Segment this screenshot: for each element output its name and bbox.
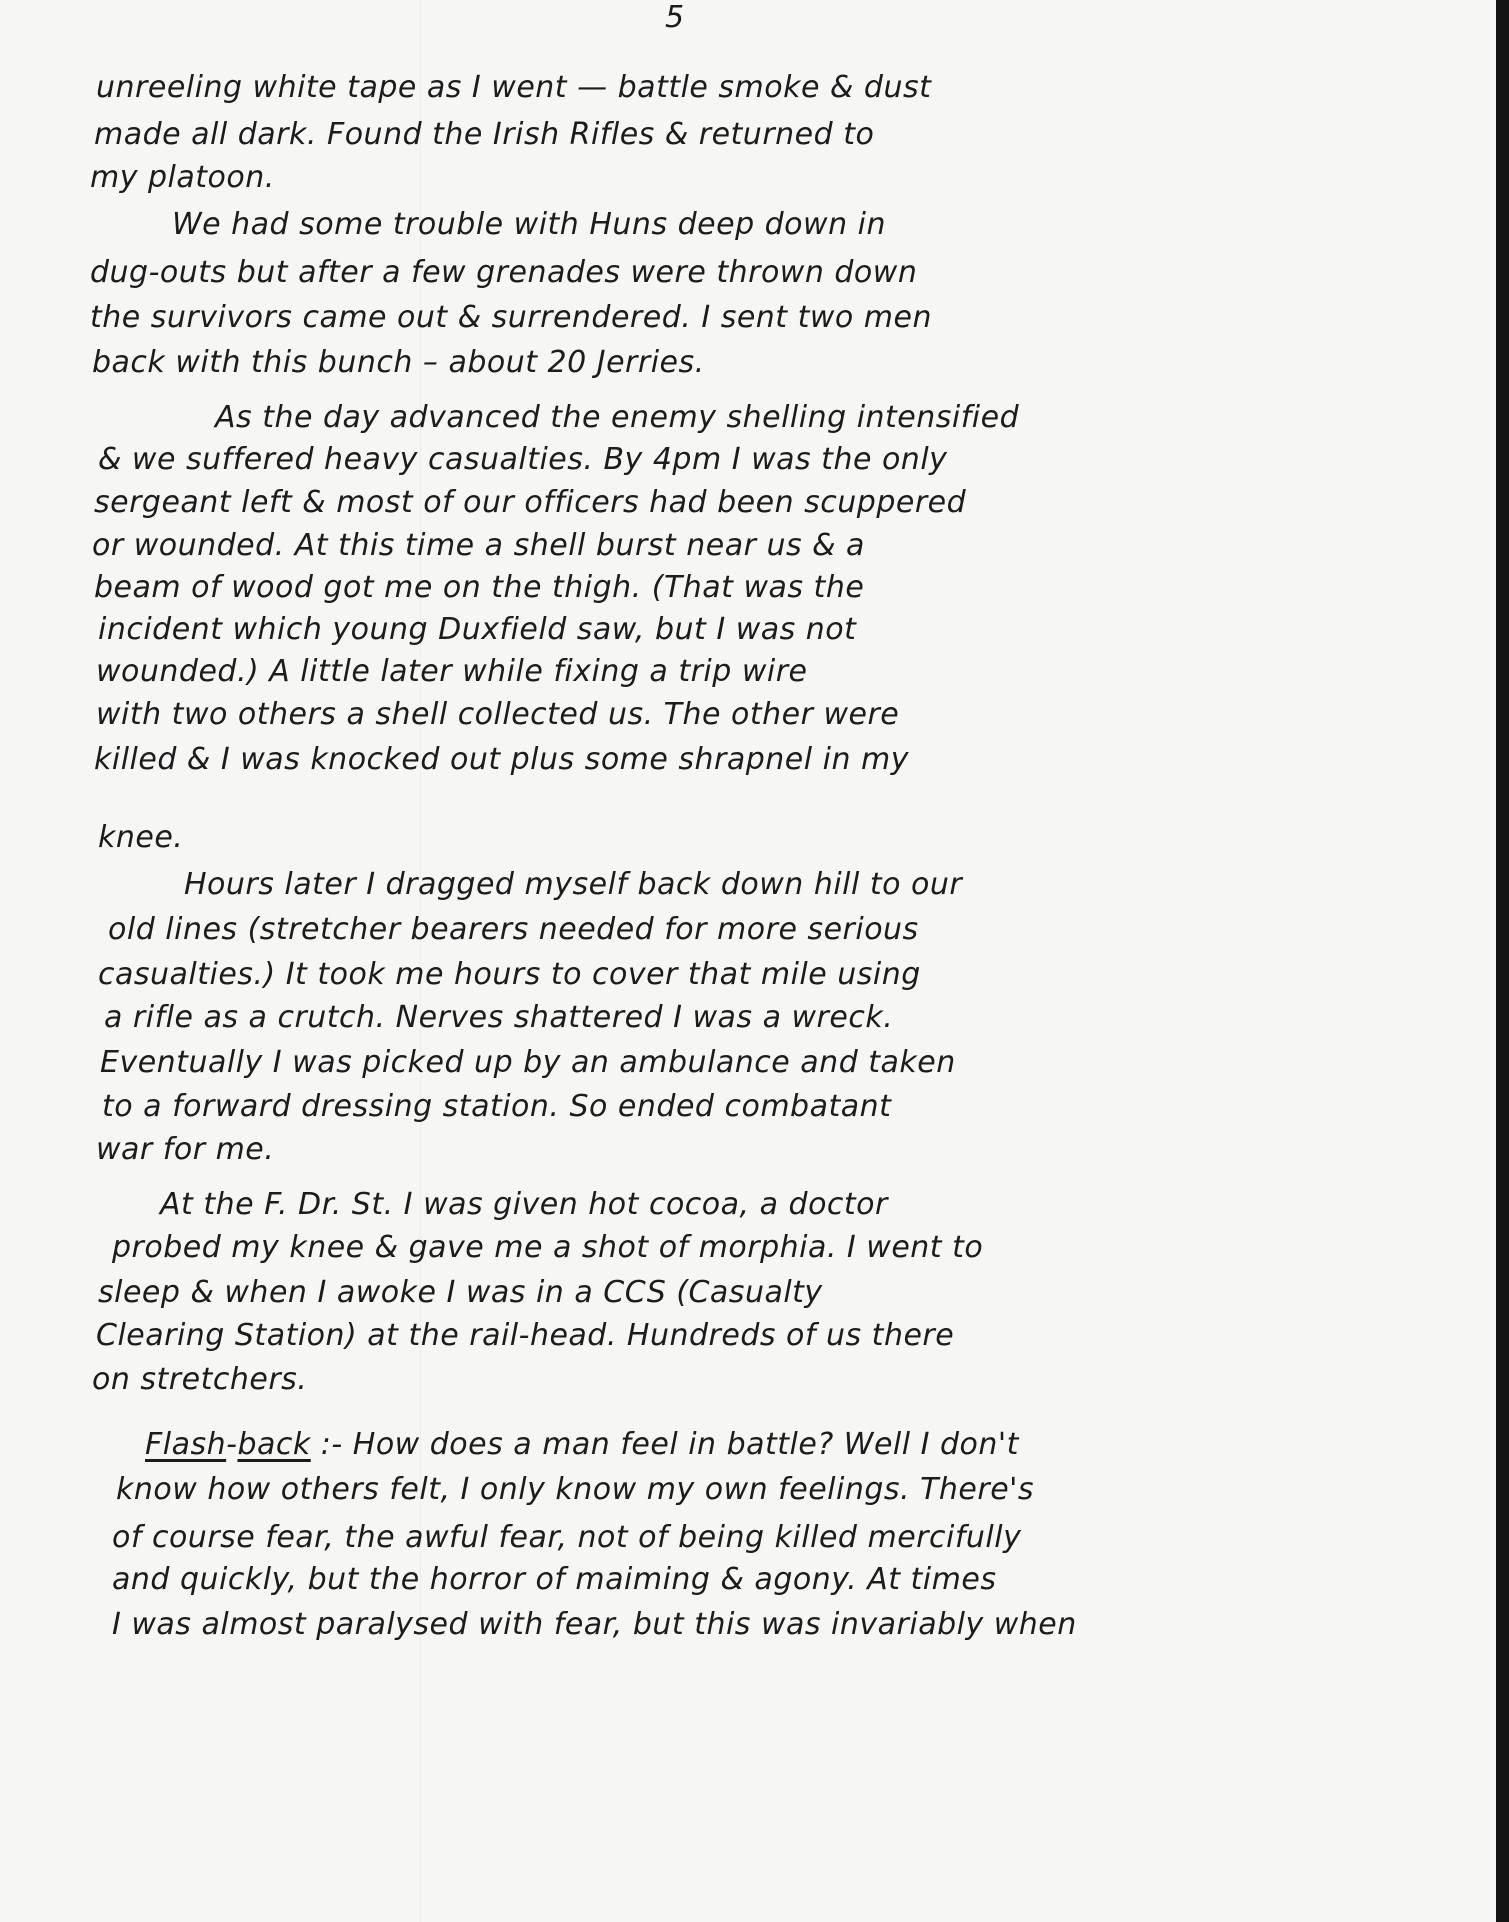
flash-back-first-line: How does a man feel in battle? Well I do… xyxy=(353,1427,1019,1462)
handwritten-line: a rifle as a crutch. Nerves shattered I … xyxy=(104,998,893,1038)
handwritten-line: of course fear, the awful fear, not of b… xyxy=(112,1518,1021,1558)
handwritten-line: old lines (stretcher bearers needed for … xyxy=(108,910,919,950)
handwritten-line: war for me. xyxy=(96,1130,274,1170)
flash-back-heading-part: Flash xyxy=(145,1427,226,1462)
handwritten-line: back with this bunch – about 20 Jerries. xyxy=(92,343,705,383)
handwritten-line: the survivors came out & surrendered. I … xyxy=(90,298,932,338)
handwritten-line: to a forward dressing station. So ended … xyxy=(102,1087,891,1127)
handwritten-line: Clearing Station) at the rail-head. Hund… xyxy=(96,1316,954,1356)
flash-back-heading-suffix: :- xyxy=(311,1427,353,1462)
handwritten-line: casualties.) It took me hours to cover t… xyxy=(98,955,921,995)
handwritten-line: sergeant left & most of our officers had… xyxy=(94,483,966,523)
handwritten-line: on stretchers. xyxy=(92,1360,307,1400)
handwritten-line: I was almost paralysed with fear, but th… xyxy=(112,1605,1077,1645)
page-number: 5 xyxy=(665,0,684,35)
flash-back-heading-part: back xyxy=(237,1427,310,1462)
handwritten-line: know how others felt, I only know my own… xyxy=(116,1470,1034,1510)
handwritten-line: my platoon. xyxy=(90,158,275,198)
handwritten-line: unreeling white tape as I went — battle … xyxy=(96,68,931,108)
scan-border xyxy=(1496,0,1509,1922)
handwritten-line: dug-outs but after a few grenades were t… xyxy=(90,253,917,293)
handwritten-line: wounded.) A little later while fixing a … xyxy=(96,652,808,692)
handwritten-line: Flash-back :- How does a man feel in bat… xyxy=(145,1425,1019,1465)
handwritten-line: incident which young Duxfield saw, but I… xyxy=(98,610,856,650)
handwritten-line: with two others a shell collected us. Th… xyxy=(96,695,899,735)
handwritten-line: At the F. Dr. St. I was given hot cocoa,… xyxy=(160,1185,888,1225)
handwritten-line: Eventually I was picked up by an ambulan… xyxy=(100,1043,956,1083)
handwritten-line: killed & I was knocked out plus some shr… xyxy=(94,740,909,780)
handwritten-line: sleep & when I awoke I was in a CCS (Cas… xyxy=(98,1273,823,1313)
handwritten-line: beam of wood got me on the thigh. (That … xyxy=(94,568,864,608)
handwritten-line: We had some trouble with Huns deep down … xyxy=(172,205,886,245)
flash-back-heading-hyphen: - xyxy=(226,1427,237,1462)
handwritten-line: & we suffered heavy casualties. By 4pm I… xyxy=(98,440,947,480)
handwritten-line: or wounded. At this time a shell burst n… xyxy=(92,526,865,566)
handwritten-line: made all dark. Found the Irish Rifles & … xyxy=(94,115,874,155)
handwritten-line: and quickly, but the horror of maiming &… xyxy=(112,1560,996,1600)
handwritten-line: probed my knee & gave me a shot of morph… xyxy=(112,1228,983,1268)
handwritten-line: knee. xyxy=(98,818,183,858)
handwritten-line: As the day advanced the enemy shelling i… xyxy=(215,398,1019,438)
handwritten-line: Hours later I dragged myself back down h… xyxy=(184,865,962,905)
